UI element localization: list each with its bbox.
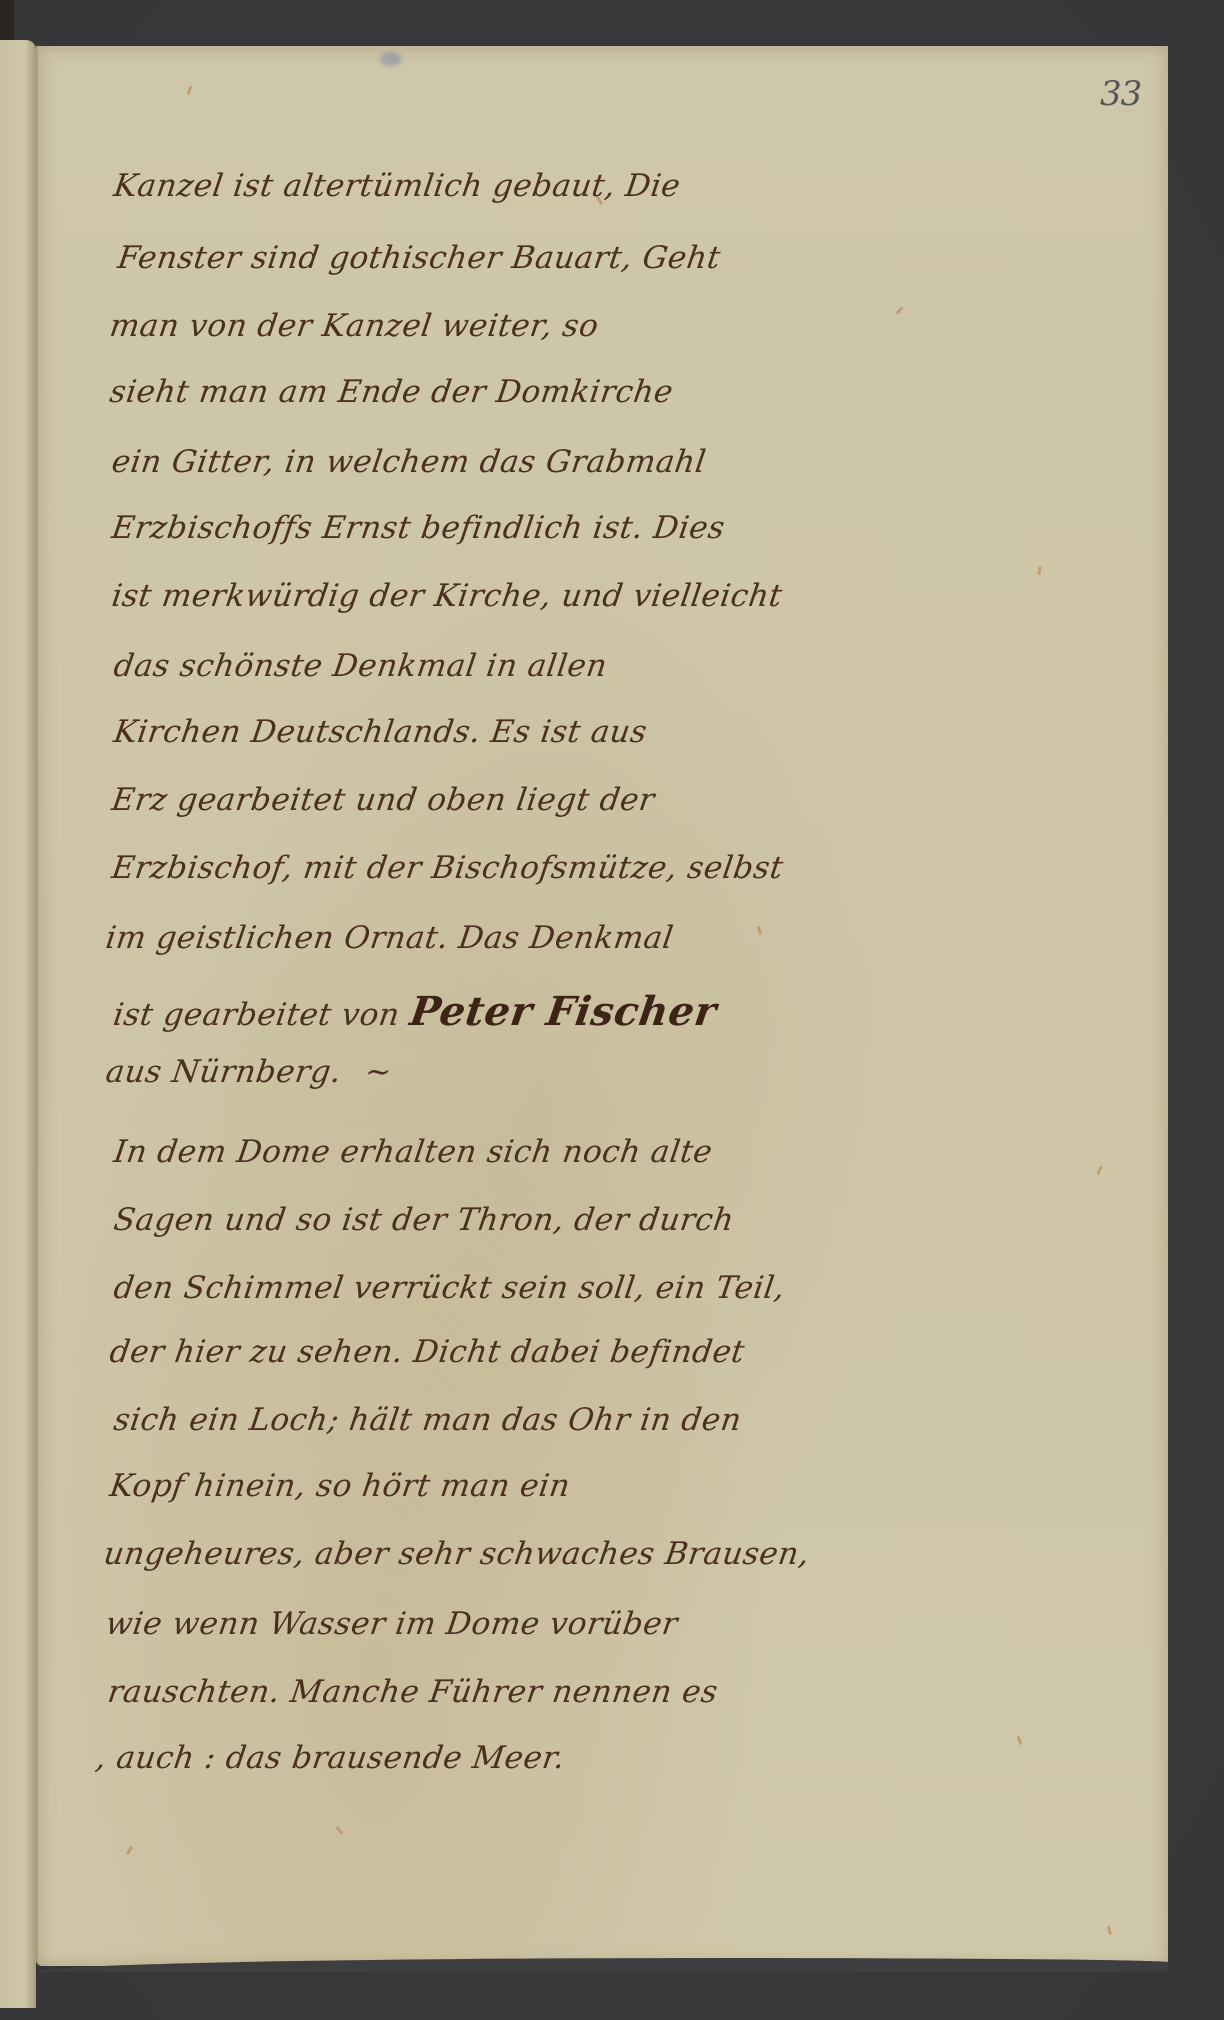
page-number: 33 <box>1100 74 1141 114</box>
text-line: ein Gitter, in welchem das Grabmahl <box>109 444 708 480</box>
text-line: wie wenn Wasser im Dome vorüber <box>103 1606 680 1642</box>
paper-fleck <box>1037 566 1042 575</box>
paper-fleck <box>1096 1166 1103 1175</box>
text-line: Kirchen Deutschlands. Es ist aus <box>111 714 649 750</box>
text-line: Erzbischof, mit der Bischofsmütze, selbs… <box>109 850 785 886</box>
text-line: das schönste Denkmal in allen <box>111 648 609 684</box>
text-line: Erz gearbeitet und oben liegt der <box>109 782 657 818</box>
text-line-content: aus Nürnberg. <box>103 1054 343 1090</box>
text-line: Sagen und so ist der Thron, der durch <box>111 1202 736 1238</box>
paper-fleck <box>187 86 193 95</box>
text-line: rauschten. Manche Führer nennen es <box>105 1674 720 1710</box>
paper-fleck <box>757 926 762 935</box>
ink-smudge <box>380 52 402 66</box>
text-line: man von der Kanzel weiter, so <box>107 308 600 344</box>
text-line: Erzbischoffs Ernst befindlich ist. Dies <box>109 510 727 546</box>
previous-page-edge <box>0 40 36 2008</box>
text-line: ist merkwürdig der Kirche, und vielleich… <box>109 578 784 614</box>
text-line-start: ist gearbeitet von <box>111 997 412 1033</box>
artist-name: Peter Fischer <box>407 988 720 1035</box>
paper-fleck <box>126 1846 133 1855</box>
paper-fleck <box>1017 1736 1023 1745</box>
text-line: im geistlichen Ornat. Das Denkmal <box>103 920 675 956</box>
text-line: den Schimmel verrückt sein soll, ein Tei… <box>111 1270 787 1306</box>
text-line: ist gearbeitet von Peter Fischer <box>111 988 720 1035</box>
text-line: ungeheures, aber sehr schwaches Brausen, <box>101 1536 811 1572</box>
text-line: der hier zu sehen. Dicht dabei befindet <box>107 1334 747 1370</box>
text-line: Kopf hinein, so hört man ein <box>107 1468 572 1504</box>
text-line: In dem Dome erhalten sich noch alte <box>111 1134 714 1170</box>
text-line: Fenster sind gothischer Bauart, Geht <box>115 240 722 276</box>
text-line: aus Nürnberg.~ <box>103 1054 394 1090</box>
line-end-flourish: ~ <box>363 1054 395 1090</box>
paper-fleck <box>895 306 903 315</box>
text-line: sieht man am Ende der Domkirche <box>107 374 675 410</box>
text-line: sich ein Loch; hält man das Ohr in den <box>111 1402 743 1438</box>
text-line: Kanzel ist altertümlich gebaut, Die <box>111 168 682 204</box>
paper-fleck <box>1107 1926 1112 1935</box>
text-line: , auch : das brausende Meer. <box>93 1740 567 1776</box>
paper-fleck <box>335 1826 343 1835</box>
